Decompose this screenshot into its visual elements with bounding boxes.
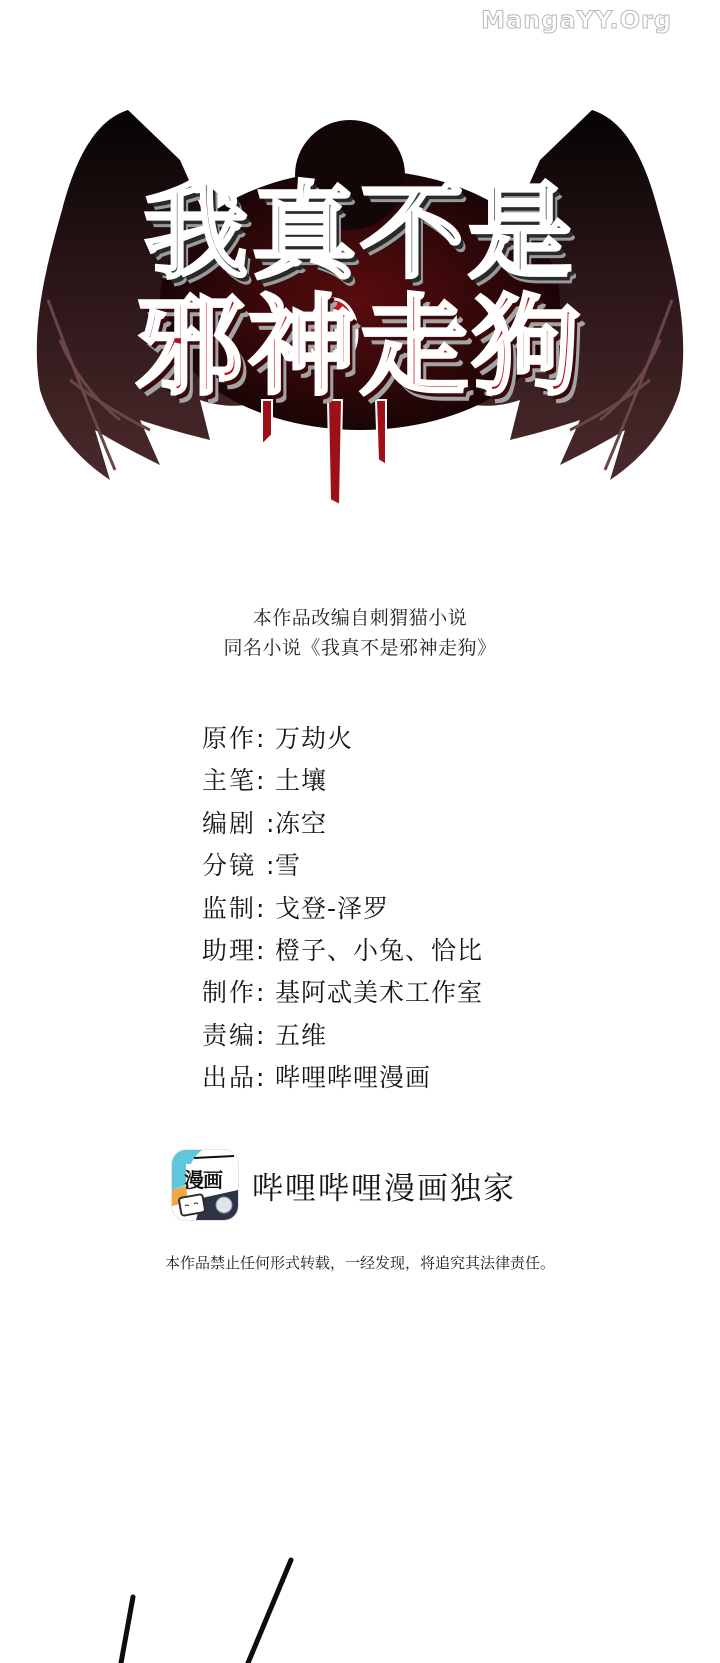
credit-role: 出品: bbox=[202, 1061, 275, 1103]
artwork-strokes bbox=[0, 1480, 720, 1663]
watermark: MangaYY.Org bbox=[481, 6, 672, 34]
credit-name: 冻空 bbox=[275, 807, 327, 849]
exclusive-brand-text: 哔哩哔哩漫画独家 bbox=[252, 1163, 516, 1208]
credit-name: 哔哩哔哩漫画 bbox=[275, 1061, 431, 1103]
credit-name: 雪 bbox=[275, 849, 301, 891]
credit-row: 监制:戈登-泽罗 bbox=[202, 892, 483, 934]
credits-list: 原作:万劫火 主笔:土壤 编剧 :冻空 分镜 :雪 监制:戈登-泽罗 助理:橙子… bbox=[202, 722, 483, 1104]
credit-role: 主笔: bbox=[202, 764, 275, 806]
credit-row: 原作:万劫火 bbox=[202, 722, 483, 764]
credit-role: 监制: bbox=[202, 892, 275, 934]
title-bottom-text: 邪神走狗 bbox=[0, 260, 720, 415]
credit-name: 五维 bbox=[275, 1019, 327, 1061]
bilibili-manga-app-icon: 漫画 bbox=[172, 1150, 238, 1220]
credit-row: 出品:哔哩哔哩漫画 bbox=[202, 1061, 483, 1103]
credit-role: 原作: bbox=[202, 722, 275, 764]
credit-row: 分镜 :雪 bbox=[202, 849, 483, 891]
credit-row: 制作:基阿忒美术工作室 bbox=[202, 976, 483, 1018]
exclusive-brand: 漫画 哔哩哔哩漫画独家 bbox=[172, 1150, 516, 1220]
credit-name: 土壤 bbox=[275, 764, 327, 806]
credit-role: 助理: bbox=[202, 934, 275, 976]
credit-name: 橙子、小兔、恰比 bbox=[275, 934, 483, 976]
credit-role: 分镜 : bbox=[202, 849, 275, 891]
credit-row: 助理:橙子、小兔、恰比 bbox=[202, 934, 483, 976]
adaptation-note: 本作品改编自刺猬猫小说 bbox=[0, 603, 720, 630]
credit-name: 戈登-泽罗 bbox=[275, 892, 389, 934]
app-icon-label: 漫画 bbox=[184, 1164, 222, 1193]
title-logo: 我真不是 邪神走狗 bbox=[0, 100, 720, 520]
credit-role: 制作: bbox=[202, 976, 275, 1018]
novel-title-note: 同名小说《我真不是邪神走狗》 bbox=[0, 633, 720, 660]
credit-name: 万劫火 bbox=[275, 722, 353, 764]
credit-name: 基阿忒美术工作室 bbox=[275, 976, 483, 1018]
credit-row: 责编:五维 bbox=[202, 1019, 483, 1061]
credit-role: 责编: bbox=[202, 1019, 275, 1061]
credit-row: 主笔:土壤 bbox=[202, 764, 483, 806]
credit-row: 编剧 :冻空 bbox=[202, 807, 483, 849]
credit-role: 编剧 : bbox=[202, 807, 275, 849]
copyright-notice: 本作品禁止任何形式转载，一经发现，将追究其法律责任。 bbox=[0, 1252, 720, 1273]
